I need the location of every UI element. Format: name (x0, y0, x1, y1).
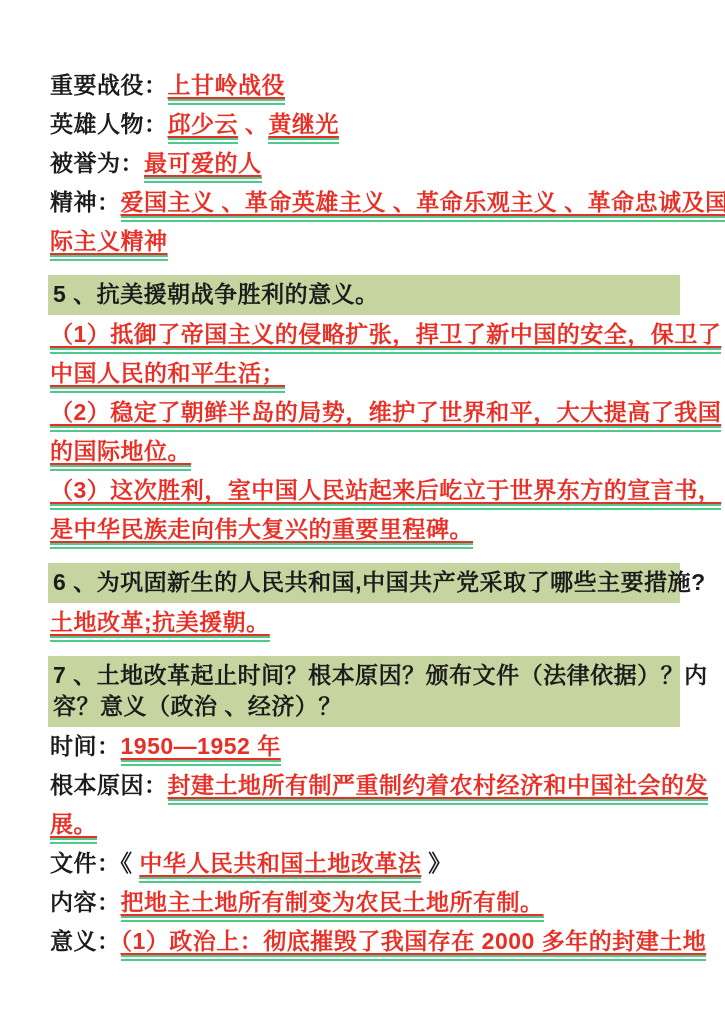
text-line: 中国人民的和平生活； (50, 354, 698, 393)
answer-text-underlined: 黄继光 (268, 111, 339, 144)
answer-text-underlined: 中国人民的和平生活； (50, 360, 285, 393)
answer-text-underlined: 最可爱的人 (144, 150, 262, 183)
text-line: （3）这次胜利，室中国人民站起来后屹立于世界东方的宣言书， (50, 471, 698, 510)
section-header-bar: 5 、抗美援朝战争胜利的意义。 (48, 275, 680, 315)
question-label: 重要战役： (50, 72, 168, 98)
answer-text-underlined: 爱国主义 、革命英雄主义 、革命乐观主义 、革命忠诚及国 (121, 189, 725, 222)
document-content: 重要战役：上甘岭战役英雄人物：邱少云 、黄继光被誉为：最可爱的人精神：爱国主义 … (0, 0, 725, 961)
section-header-text: 6 、为巩固新生的人民共和国,中国共产党采取了哪些主要措施? (53, 567, 677, 598)
question-label: 被誉为： (50, 150, 144, 176)
answer-text-underlined: 的国际地位。 (50, 438, 191, 471)
answer-text-underlined: 邱少云 (168, 111, 239, 144)
section-header-text: 7 、土地改革起止时间？根本原因？颁布文件（法律依据）？内 (53, 660, 677, 691)
answer-text-underlined: 上甘岭战役 (168, 72, 286, 105)
answer-text-underlined: 中华人民共和国土地改革法 (139, 850, 421, 883)
section-header-text: 5 、抗美援朝战争胜利的意义。 (53, 279, 677, 310)
text-line: （1）抵御了帝国主义的侵略扩张，捍卫了新中国的安全，保卫了 (50, 315, 698, 354)
text-line: 意义：（1）政治上：彻底摧毁了我国存在 2000 多年的封建土地 (50, 922, 698, 961)
document-page: 重要战役：上甘岭战役英雄人物：邱少云 、黄继光被誉为：最可爱的人精神：爱国主义 … (0, 0, 725, 1024)
text-line: 文件：《 中华人民共和国土地改革法 》 (50, 844, 698, 883)
answer-text-underlined: 1950—1952 年 (121, 733, 281, 766)
text-line: （2）稳定了朝鲜半岛的局势，维护了世界和平，大大提高了我国 (50, 393, 698, 432)
question-label: 时间： (50, 733, 121, 759)
question-label: 英雄人物： (50, 111, 168, 137)
answer-text-underlined: 是中华民族走向伟大复兴的重要里程碑。 (50, 516, 473, 549)
text-line: 展。 (50, 805, 698, 844)
text-line: 土地改革;抗美援朝。 (50, 603, 698, 642)
text-line: 英雄人物：邱少云 、黄继光 (50, 105, 698, 144)
section-header-bar: 6 、为巩固新生的人民共和国,中国共产党采取了哪些主要措施? (48, 563, 680, 603)
question-label: 根本原因： (50, 772, 168, 798)
section-header-text: 容？意义（政治 、经济）？ (53, 691, 677, 722)
question-label: 精神： (50, 189, 121, 215)
answer-text-underlined: 际主义精神 (50, 228, 168, 261)
text-line: 根本原因：封建土地所有制严重制约着农村经济和中国社会的发 (50, 766, 698, 805)
answer-text-underlined: 土地改革;抗美援朝。 (50, 609, 270, 642)
answer-text-underlined: （1）抵御了帝国主义的侵略扩张，捍卫了新中国的安全，保卫了 (50, 321, 721, 354)
text-line: 际主义精神 (50, 222, 698, 261)
text-line: 内容：把地主土地所有制变为农民土地所有制。 (50, 883, 698, 922)
answer-text-underlined: 封建土地所有制严重制约着农村经济和中国社会的发 (168, 772, 709, 805)
section-header-bar: 7 、土地改革起止时间？根本原因？颁布文件（法律依据）？内容？意义（政治 、经济… (48, 656, 680, 727)
text-line: 是中华民族走向伟大复兴的重要里程碑。 (50, 510, 698, 549)
question-label: 》 (421, 850, 451, 876)
answer-text: 、 (238, 111, 268, 137)
text-line: 的国际地位。 (50, 432, 698, 471)
answer-text-underlined: 展。 (50, 811, 97, 844)
text-line: 时间：1950—1952 年 (50, 727, 698, 766)
text-line: 精神：爱国主义 、革命英雄主义 、革命乐观主义 、革命忠诚及国 (50, 183, 698, 222)
text-line: 被誉为：最可爱的人 (50, 144, 698, 183)
answer-text-underlined: （2）稳定了朝鲜半岛的局势，维护了世界和平，大大提高了我国 (50, 399, 721, 432)
answer-text-underlined: （3）这次胜利，室中国人民站起来后屹立于世界东方的宣言书， (50, 477, 721, 510)
question-label: 文件：《 (50, 850, 139, 876)
text-line: 重要战役：上甘岭战役 (50, 66, 698, 105)
question-label: 意义： (50, 928, 121, 954)
answer-text-underlined: （1）政治上：彻底摧毁了我国存在 2000 多年的封建土地 (121, 928, 707, 961)
answer-text-underlined: 把地主土地所有制变为农民土地所有制。 (121, 889, 544, 922)
question-label: 内容： (50, 889, 121, 915)
